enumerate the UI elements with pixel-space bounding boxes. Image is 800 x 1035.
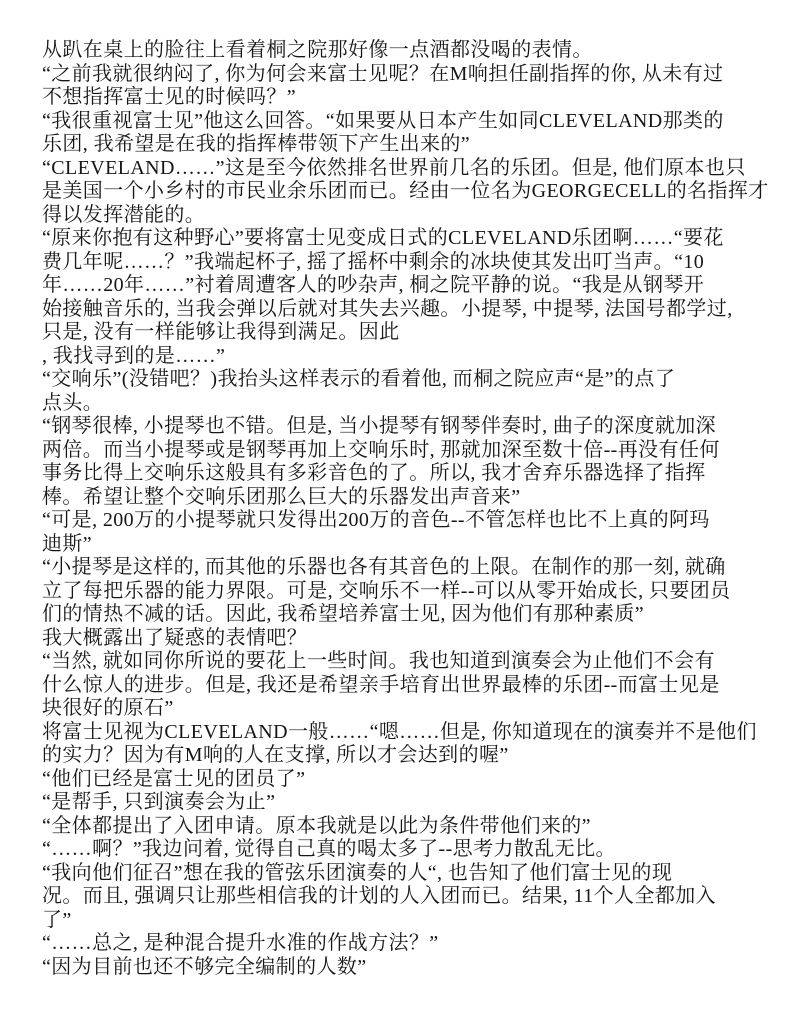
text-line-3: 不想指挥富士见的时候吗？” [42,86,772,110]
text-line-6: “CLEVELAND……”这是至今依然排名世界前几名的乐团。但是, 他们原本也只 [42,157,772,181]
text-line-22: 迪斯” [42,533,772,557]
text-line-29: 块很好的原石” [42,697,772,721]
text-line-15: “交响乐”(没错吧？)我抬头这样表示的看着他, 而桐之院应声“是”的点了 [42,368,772,392]
text-line-1: 从趴在桌上的脸往上看着桐之院那好像一点酒都没喝的表情。 [42,39,772,63]
text-line-24: 立了每把乐器的能力界限。可是, 交响乐不一样--可以从零开始成长, 只要团员 [42,580,772,604]
text-line-25: 们的情热不减的话。因此, 我希望培养富士见, 因为他们有那种素质” [42,603,772,627]
text-line-21: “可是, 200万的小提琴就只发得出200万的音色--不管怎样也比不上真的阿玛 [42,509,772,533]
text-line-34: “全体都提出了入团申请。原本我就是以此为条件带他们来的” [42,815,772,839]
text-line-20: 棒。希望让整个交响乐团那么巨大的乐器发出声音来” [42,486,772,510]
text-line-5: 乐团, 我希望是在我的指挥棒带领下产生出来的” [42,133,772,157]
text-line-13: 只是, 没有一样能够让我得到满足。因此 [42,321,772,345]
text-line-18: 两倍。而当小提琴或是钢琴再加上交响乐时, 那就加深至数十倍--再没有任何 [42,439,772,463]
text-line-10: 费几年呢……？”我端起杯子, 摇了摇杯中剩余的冰块使其发出叮当声。“10 [42,251,772,275]
text-line-16: 点头。 [42,392,772,416]
text-line-23: “小提琴是这样的, 而其他的乐器也各有其音色的上限。在制作的那一刻, 就确 [42,556,772,580]
text-line-40: “因为目前也还不够完全编制的人数” [42,956,772,980]
document-page: 从趴在桌上的脸往上看着桐之院那好像一点酒都没喝的表情。 “之前我就很纳闷了, 你… [0,0,800,1035]
text-line-11: 年……20年……”衬着周遭客人的吵杂声, 桐之院平静的说。“我是从钢琴开 [42,274,772,298]
text-line-38: 了” [42,909,772,933]
text-line-2: “之前我就很纳闷了, 你为何会来富士见呢？在M响担任副指挥的你, 从未有过 [42,63,772,87]
text-line-36: “我向他们征召”想在我的管弦乐团演奏的人“, 也告知了他们富士见的现 [42,862,772,886]
text-line-37: 况。而且, 强调只让那些相信我的计划的人入团而已。结果, 11个人全都加入 [42,885,772,909]
text-line-30: 将富士见视为CLEVELAND一般……“嗯……但是, 你知道现在的演奏并不是他们 [42,721,772,745]
text-line-9: “原来你抱有这种野心”要将富士见变成日式的CLEVELAND乐团啊……“要花 [42,227,772,251]
text-line-8: 得以发挥潜能的。 [42,204,772,228]
text-line-27: “当然, 就如同你所说的要花上一些时间。我也知道到演奏会为止他们不会有 [42,650,772,674]
text-line-26: 我大概露出了疑惑的表情吧？ [42,627,772,651]
text-line-28: 什么惊人的进步。但是, 我还是希望亲手培育出世界最棒的乐团--而富士见是 [42,674,772,698]
text-line-32: “他们已经是富士见的团员了” [42,768,772,792]
text-line-33: “是帮手, 只到演奏会为止” [42,791,772,815]
text-line-7: 是美国一个小乡村的市民业余乐团而已。经由一位名为GEORGECELL的名指挥才 [42,180,772,204]
text-line-14: , 我找寻到的是……” [42,345,772,369]
text-line-17: “钢琴很棒, 小提琴也不错。但是, 当小提琴有钢琴伴奏时, 曲子的深度就加深 [42,415,772,439]
text-line-39: “……总之, 是种混合提升水准的作战方法？” [42,932,772,956]
text-line-35: “……啊？”我边问着, 觉得自己真的喝太多了--思考力散乱无比。 [42,838,772,862]
text-line-19: 事务比得上交响乐这般具有多彩音色的了。所以, 我才舍弃乐器选择了指挥 [42,462,772,486]
text-line-31: 的实力？因为有M响的人在支撑, 所以才会达到的喔” [42,744,772,768]
text-line-4: “我很重视富士见”他这么回答。“如果要从日本产生如同CLEVELAND那类的 [42,110,772,134]
text-line-12: 始接触音乐的, 当我会弹以后就对其失去兴趣。小提琴, 中提琴, 法国号都学过, [42,298,772,322]
